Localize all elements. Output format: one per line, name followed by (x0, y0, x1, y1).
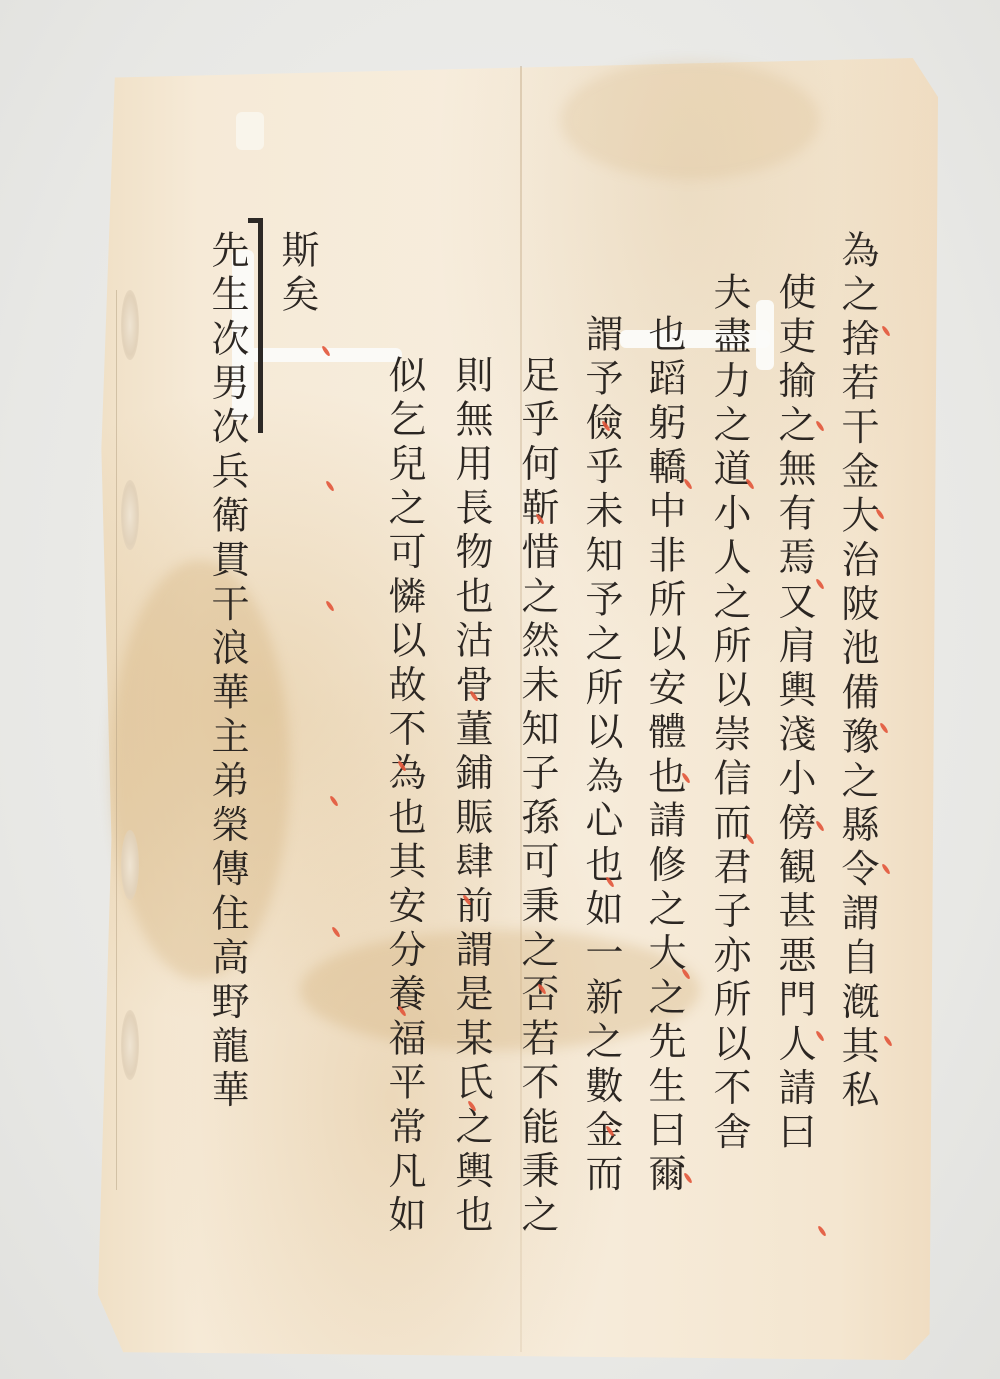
binding-knot (121, 480, 139, 550)
column-text: 也蹈躬轎中非所以安體也請修之大之先生曰爾 (642, 314, 686, 1198)
binding-edge (116, 290, 143, 1190)
text-column-8: 似乞兒之可憐以故不為也其安分養福平常凡如 (385, 355, 423, 1239)
column-text: 斯矣 (275, 230, 319, 318)
column-text: 先生次男次兵衛貫干浪華主弟榮傳住高野龍華 (205, 230, 249, 1114)
text-column-4: 也蹈躬轎中非所以安體也請修之大之先生曰爾 (645, 314, 683, 1198)
text-column-2: 使吏揄之無有焉又肩輿淺小傍観甚悪門人請曰 (775, 272, 813, 1156)
column-text: 足乎何靳惜之然未知子孫可秉之否若不能秉之 (515, 355, 559, 1239)
binding-knot (121, 830, 139, 900)
binding-knot (121, 290, 139, 360)
binding-knot (121, 1010, 139, 1080)
water-stain (560, 60, 820, 180)
text-column-9: 斯矣 (278, 230, 316, 318)
text-column-5: 謂予儉乎未知予之所以為心也如一新之數金而 (582, 314, 620, 1198)
text-column-10: 先生次男次兵衛貫干浪華主弟榮傳住高野龍華 (208, 230, 246, 1114)
text-column-1: 為之捨若干金大治陂池備豫之縣令謂自漑其私 (838, 230, 876, 1114)
paper-repair-tape (236, 112, 264, 150)
manuscript-text: 為之捨若干金大治陂池備豫之縣令謂自漑其私 使吏揄之無有焉又肩輿淺小傍観甚悪門人請… (190, 230, 930, 1330)
column-text: 似乞兒之可憐以故不為也其安分養福平常凡如 (382, 355, 426, 1239)
column-text: 夫盡力之道小人之所以崇信而君子亦所以不舎 (707, 272, 751, 1156)
text-column-6: 足乎何靳惜之然未知子孫可秉之否若不能秉之 (518, 355, 556, 1239)
text-column-3: 夫盡力之道小人之所以崇信而君子亦所以不舎 (710, 272, 748, 1156)
column-text: 使吏揄之無有焉又肩輿淺小傍観甚悪門人請曰 (772, 272, 816, 1156)
column-text: 謂予儉乎未知予之所以為心也如一新之數金而 (579, 314, 623, 1198)
column-text: 為之捨若干金大治陂池備豫之縣令謂自漑其私 (835, 230, 879, 1114)
